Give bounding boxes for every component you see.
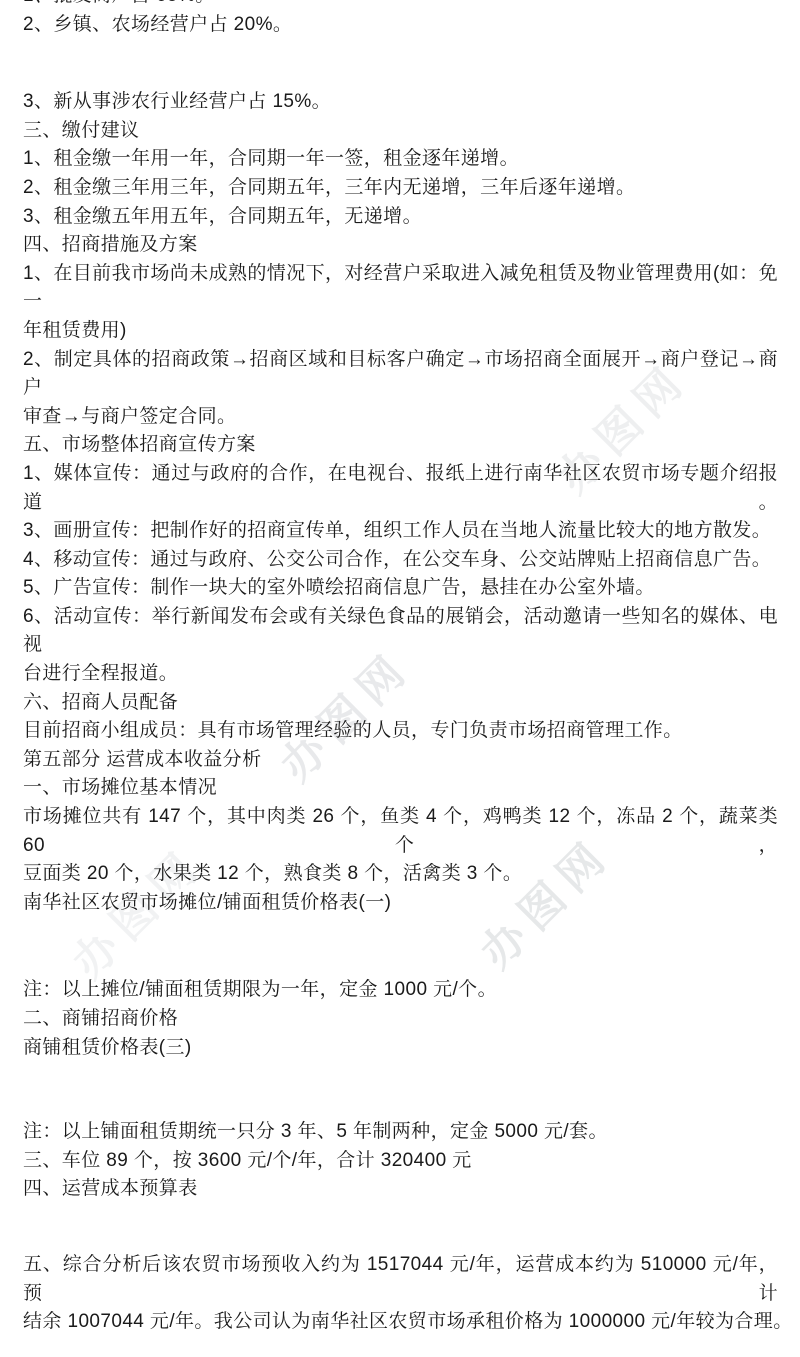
- text-line: 三、车位 89 个，按 3600 元/个/年，合计 320400 元: [23, 1147, 778, 1176]
- section-heading: 第五部分 运营成本收益分析: [23, 746, 778, 775]
- text-line: 3、新从事涉农行业经营户占 15%。: [23, 88, 778, 117]
- text-line: 1、租金缴一年用一年，合同期一年一签，租金逐年递增。: [23, 145, 778, 174]
- text-line: 1、媒体宣传：通过与政府的合作，在电视台、报纸上进行南华社区农贸市场专题介绍报道…: [23, 460, 778, 517]
- text-line: 结余 1007044 元/年。我公司认为南华社区农贸市场承租价格为 100000…: [23, 1308, 778, 1337]
- section-heading: 六、招商人员配备: [23, 689, 778, 718]
- text-line: 3、租金缴五年用五年，合同期五年，无递增。: [23, 203, 778, 232]
- note-line: 注：以上摊位/铺面租赁期限为一年，定金 1000 元/个。: [23, 976, 778, 1005]
- text-line: 五、综合分析后该农贸市场预收入约为 1517044 元/年，运营成本约为 510…: [23, 1251, 778, 1308]
- text-line: 目前招商小组成员：具有市场管理经验的人员，专门负责市场招商管理工作。: [23, 717, 778, 746]
- removed-table-placeholder: [23, 1204, 778, 1251]
- table-caption: 商铺租赁价格表(三): [23, 1034, 778, 1063]
- text-line-clipped: 1、批发商户占 65%。: [23, 0, 778, 11]
- section-heading: 四、招商措施及方案: [23, 231, 778, 260]
- text-line: 审查→与商户签定合同。: [23, 403, 778, 432]
- note-line: 注：以上铺面租赁期统一只分 3 年、5 年制两种，定金 5000 元/套。: [23, 1118, 778, 1147]
- text-line: 豆面类 20 个，水果类 12 个，熟食类 8 个，活禽类 3 个。: [23, 860, 778, 889]
- section-heading: 四、运营成本预算表: [23, 1175, 778, 1204]
- text-line: 2、租金缴三年用三年，合同期五年，三年内无递增，三年后逐年递增。: [23, 174, 778, 203]
- text-line: 台进行全程报道。: [23, 660, 778, 689]
- removed-table-placeholder: [23, 39, 778, 88]
- removed-table-placeholder: [23, 917, 778, 976]
- text-line: 2、乡镇、农场经营户占 20%。: [23, 11, 778, 40]
- text-line: 3、画册宣传：把制作好的招商宣传单，组织工作人员在当地人流量比较大的地方散发。: [23, 517, 778, 546]
- text-line: 年租赁费用): [23, 317, 778, 346]
- section-heading: 五、市场整体招商宣传方案: [23, 431, 778, 460]
- removed-table-placeholder: [23, 1062, 778, 1118]
- text-line: 1、在目前我市场尚未成熟的情况下，对经营户采取进入减免租赁及物业管理费用(如：免…: [23, 260, 778, 317]
- section-heading: 二、商铺招商价格: [23, 1005, 778, 1034]
- text-line: 2、制定具体的招商政策→招商区域和目标客户确定→市场招商全面展开→商户登记→商户: [23, 346, 778, 403]
- section-heading: 三、缴付建议: [23, 117, 778, 146]
- document-body: 1、批发商户占 65%。 2、乡镇、农场经营户占 20%。 3、新从事涉农行业经…: [0, 0, 800, 1337]
- text-line: 6、活动宣传：举行新闻发布会或有关绿色食品的展销会，活动邀请一些知名的媒体、电视: [23, 603, 778, 660]
- document-page: 办图网 办图网 办图网 办图网 1、批发商户占 65%。 2、乡镇、农场经营户占…: [0, 0, 800, 1357]
- section-heading: 一、市场摊位基本情况: [23, 774, 778, 803]
- text-line: 市场摊位共有 147 个，其中肉类 26 个，鱼类 4 个，鸡鸭类 12 个，冻…: [23, 803, 778, 860]
- text-line: 5、广告宣传：制作一块大的室外喷绘招商信息广告，悬挂在办公室外墙。: [23, 574, 778, 603]
- text-line: 4、移动宣传：通过与政府、公交公司合作，在公交车身、公交站牌贴上招商信息广告。: [23, 546, 778, 575]
- table-caption: 南华社区农贸市场摊位/铺面租赁价格表(一): [23, 889, 778, 918]
